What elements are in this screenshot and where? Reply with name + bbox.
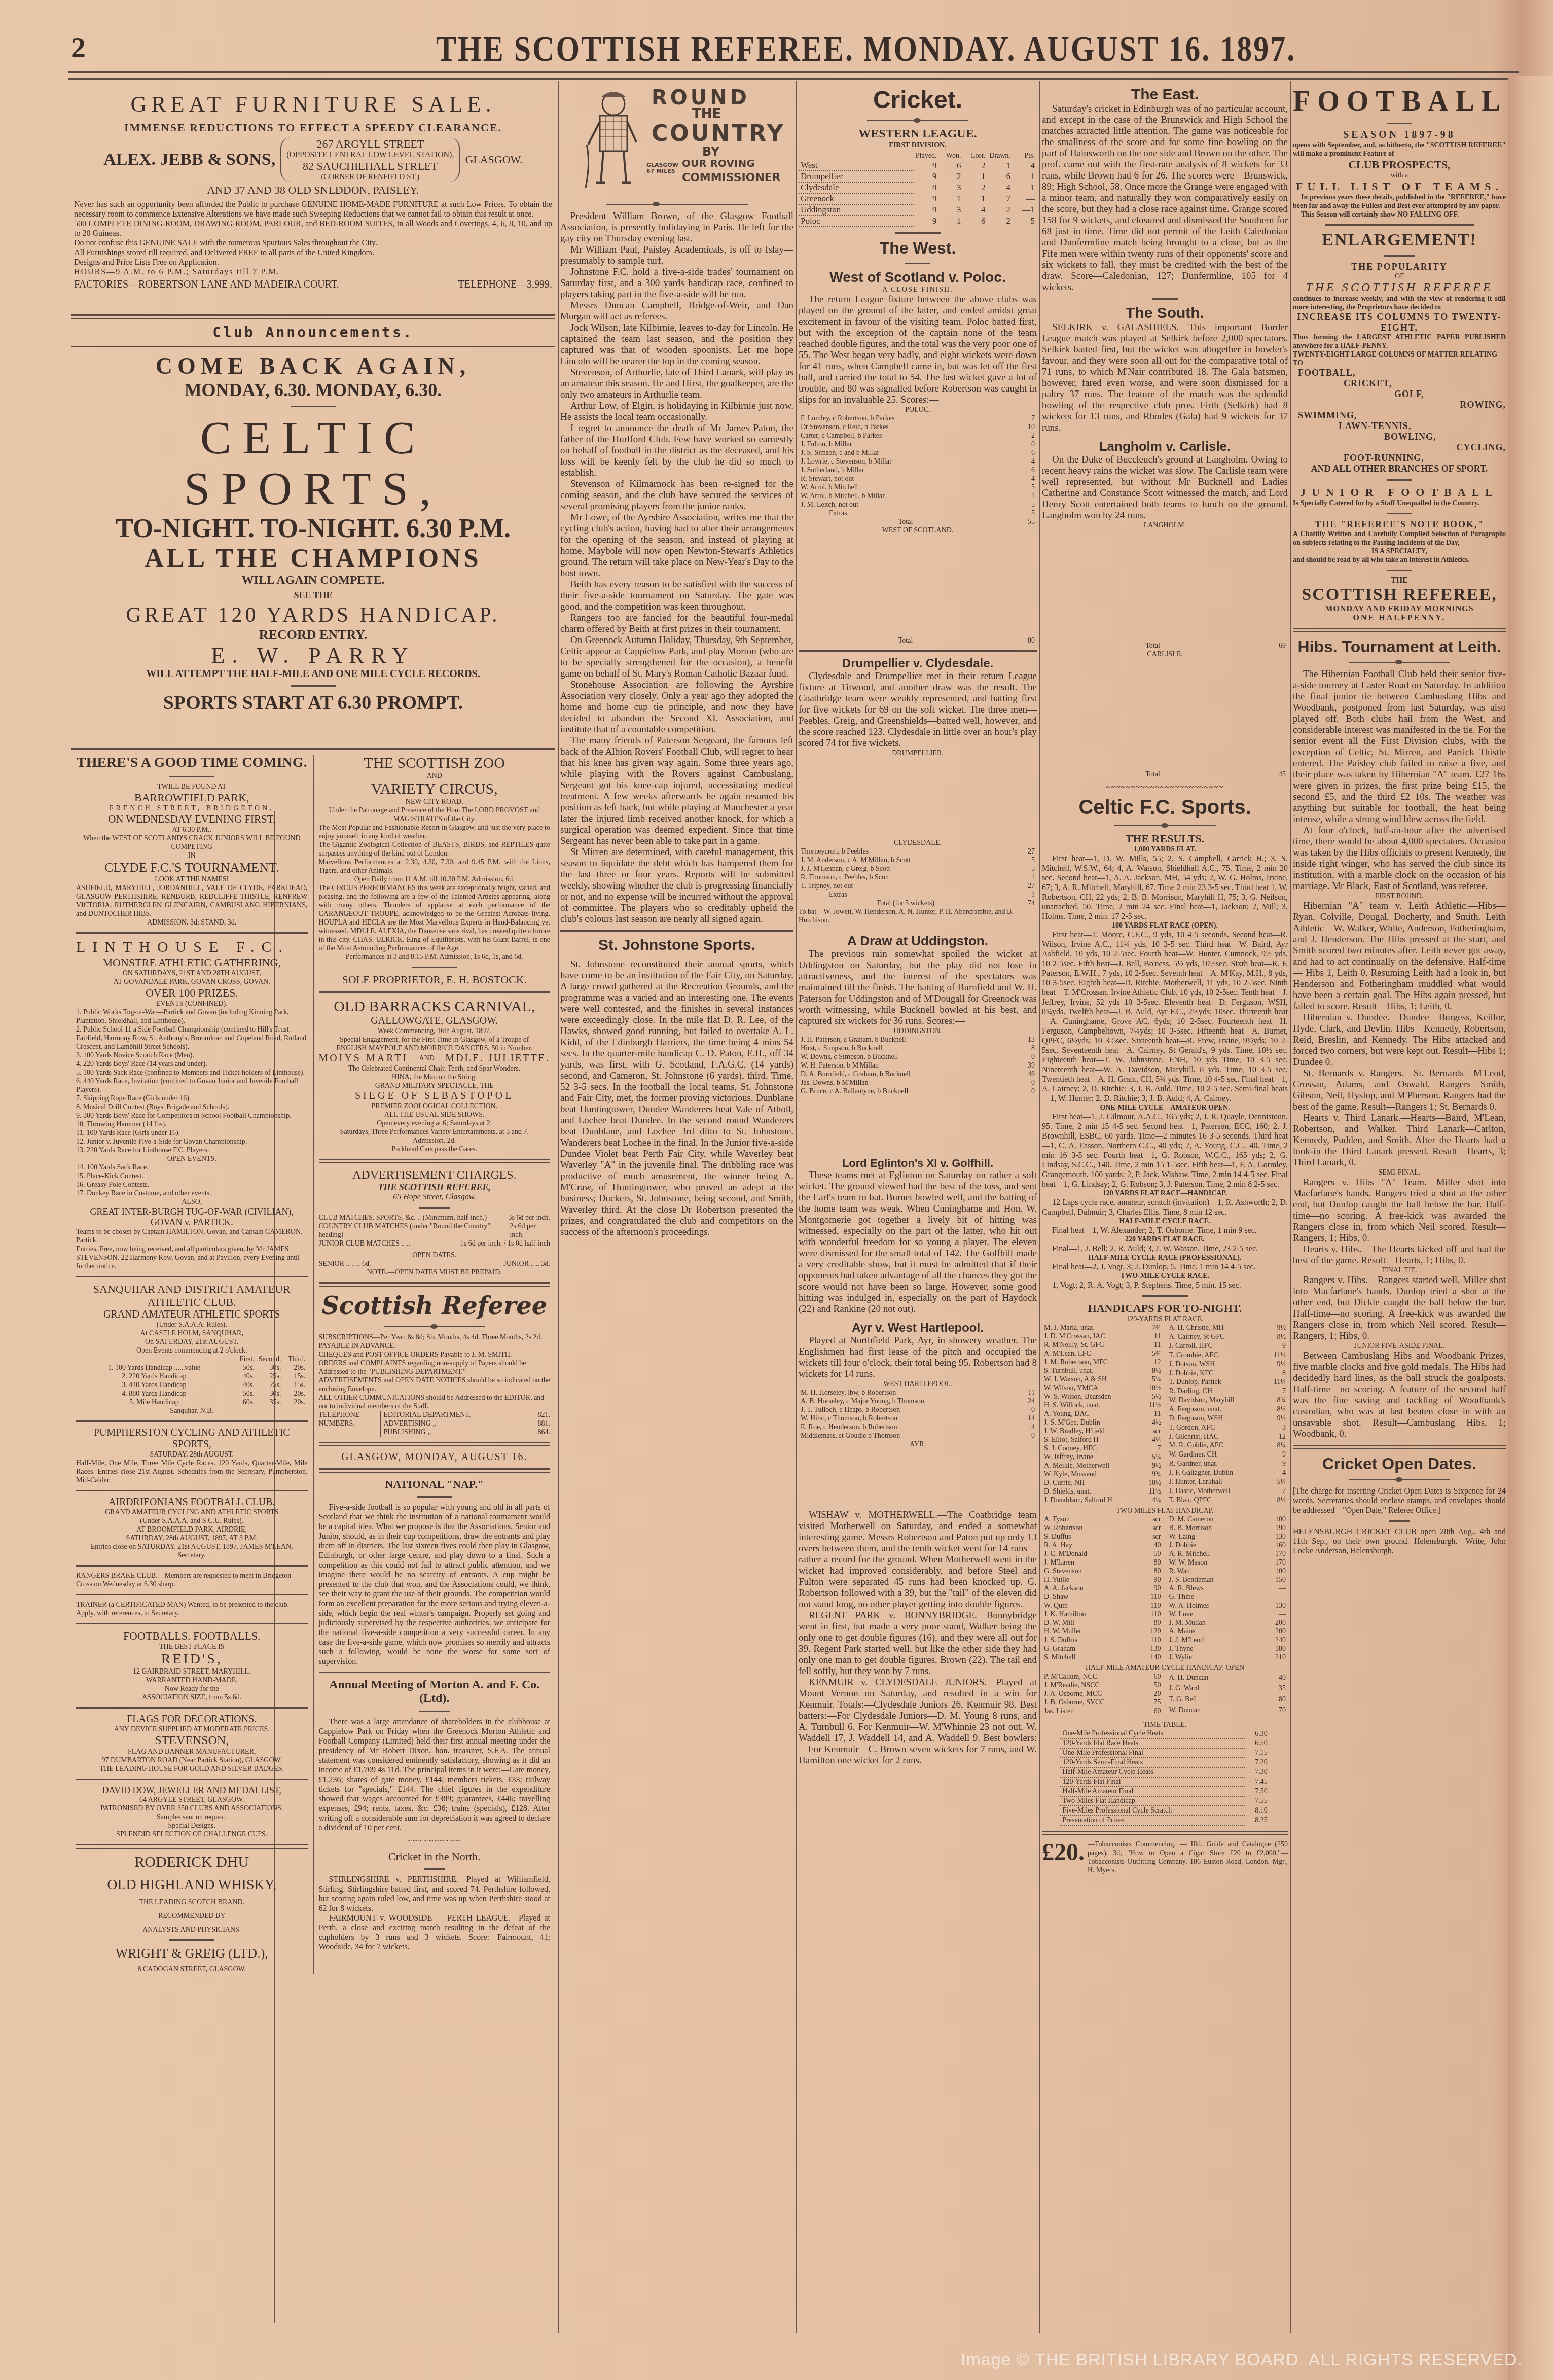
- batsman: Carter, c Campbell, b Parkes: [799, 432, 1013, 440]
- linthouse-prizes: OVER 100 PRIZES.: [76, 986, 308, 1000]
- runner: A. H. Christie, MH: [1167, 1324, 1264, 1333]
- ayr-headline: Ayr v. West Hartlepool.: [799, 1321, 1037, 1335]
- cell: —: [1013, 193, 1037, 204]
- event: Half-Mile Amateur Final: [1060, 1787, 1245, 1796]
- cricket-open-dates-headline: Cricket Open Dates.: [1293, 1454, 1506, 1473]
- cell: 1: [1013, 182, 1037, 193]
- runner: W. S. Wilson, Bearsden: [1042, 1393, 1139, 1401]
- header-cell: [799, 152, 914, 160]
- table-row: W. Duncan70: [1167, 1705, 1288, 1716]
- table-row: A. B. Horseley, c Major Young, b Thomson…: [799, 1397, 1037, 1406]
- ad-line: The Most Popular and Fashionable Resort …: [319, 824, 551, 841]
- batsman: D. A. Burnfield, c Graham, b Bucknell: [799, 1070, 1013, 1079]
- table-row: P. M'Callum, NCC60: [1042, 1673, 1163, 1681]
- runs: 2: [1013, 432, 1037, 440]
- header-cell: First.: [232, 1355, 257, 1364]
- runs: 1: [1013, 891, 1037, 899]
- to-bat: To bat—W. Jowett, W. Henderson, A. N. Hu…: [799, 908, 1037, 925]
- cell: 6: [987, 171, 1013, 182]
- table-row: R. Thomson, c Peebles, b Scott1: [799, 873, 1037, 882]
- table-row: F. Lumley, c Robertson, b Parkes7: [799, 414, 1037, 423]
- start: 7: [1263, 1486, 1288, 1496]
- old-barracks-headline: OLD BARRACKS CARNIVAL,: [319, 998, 551, 1015]
- team-name: West: [799, 160, 914, 171]
- ad-line: GRAND MILITARY SPECTACLE, THE: [319, 1082, 551, 1090]
- sport-item: CRICKET,: [1293, 378, 1506, 389]
- art-text: THE: [692, 106, 721, 122]
- ad-line: The CIRCUS PERFORMANCES this week are ex…: [319, 884, 551, 953]
- table-row: W. Arrol, b Mitchell5: [799, 483, 1037, 492]
- furniture-headline: GREAT FURNITURE SALE.: [74, 91, 552, 117]
- table-row: J. M'Laren80: [1042, 1558, 1163, 1567]
- runner: A. Young, DAC: [1042, 1410, 1139, 1418]
- batsman: G. Bruce, c A. Ballantyne, b Bucknell: [799, 1087, 1013, 1096]
- batsman: J. M. Leitch, not out: [799, 501, 1013, 509]
- ad-line: ADMISSION, 3d; STAND, 3d.: [76, 918, 308, 927]
- page-number: 2: [71, 30, 86, 64]
- promo-line: IS A SPECIALTY,: [1293, 547, 1506, 556]
- time: 7.45: [1245, 1777, 1270, 1787]
- table-row: A. Ferguson, unat.8½: [1167, 1405, 1288, 1414]
- runner: J. W. Bradley, H'field: [1042, 1427, 1139, 1436]
- event-item: 3. 100 Yards Novice Scratch Race (Men).: [76, 1051, 308, 1060]
- rate-label: COUNTRY CLUB MATCHES (under "Round the C…: [319, 1222, 510, 1239]
- article-paragraph: STIRLINGSHIRE v. PERTHSHIRE.—Played at W…: [319, 1875, 551, 1913]
- flags-ad: FLAGS FOR DECORATIONS. ANY DEVICE SUPPLI…: [76, 1714, 308, 1773]
- article-paragraph: Beith has every reason to be satisfied w…: [560, 579, 793, 613]
- runner: W. Jeffrey, Irvine: [1042, 1453, 1139, 1462]
- table-row: M. H. Horseley, lbw, b Robertson11: [799, 1389, 1037, 1397]
- celtic-sports-ad: COME BACK AGAIN, MONDAY, 6.30. MONDAY, 6…: [74, 352, 552, 743]
- start: 5¼: [1139, 1453, 1163, 1462]
- batsman: T. Tripney, not out: [799, 882, 1013, 891]
- table-row: J. Dobbie, KFC8: [1167, 1369, 1288, 1378]
- rider: A. H. Duncan: [1167, 1673, 1264, 1683]
- siege-sebastopol: SIEGE OF SEBASTOPOL: [319, 1090, 551, 1102]
- ad-line: At CASTLE HOLM, SANQUHAR,: [76, 1329, 308, 1338]
- address-line: 267 ARGYLL STREET: [286, 137, 454, 151]
- article-paragraph: The many friends of Paterson Sergeant, t…: [560, 735, 793, 847]
- runner: T. Blair, QPFC: [1167, 1496, 1264, 1505]
- ad-line: PATRONISED BY OVER 350 CLUBS AND ASSOCIA…: [76, 1804, 308, 1813]
- drumpellier-headline: Drumpellier v. Clydesdale.: [799, 657, 1037, 671]
- rider: J. A. Osborne, MCC: [1042, 1690, 1139, 1698]
- runner: R. Watt: [1167, 1567, 1264, 1576]
- article-paragraph: Hibernian v. Dundee.—Dundee—Burgess, Kei…: [1293, 1012, 1506, 1068]
- dateline: GLASGOW, MONDAY, AUGUST 16.: [319, 1451, 551, 1463]
- runner: W. Love: [1167, 1610, 1264, 1619]
- column-cricket: Cricket. WESTERN LEAGUE. FIRST DIVISION.…: [799, 81, 1037, 2334]
- ad-line: OPEN DATES.: [319, 1251, 551, 1260]
- address-line: 82 SAUCHIEHALL STREET: [286, 160, 454, 173]
- runner: S. Turnbull, unat.: [1042, 1367, 1139, 1375]
- scorecard-ayr-placeholder: [799, 1449, 1037, 1510]
- start: 190: [1263, 1524, 1288, 1533]
- publication-days: MONDAY AND FRIDAY MORNINGS: [1293, 605, 1506, 614]
- table-row: J. M. Robertson, MFC12: [1042, 1358, 1163, 1367]
- record-entry: RECORD ENTRY.: [74, 627, 552, 643]
- ad-line: The Gigantic Zoological Collection of BE…: [319, 841, 551, 858]
- table-row: W. Robertsonscr: [1042, 1524, 1163, 1533]
- article-paragraph: Rangers v. Hibs.—Rangers started well. M…: [1293, 1275, 1506, 1342]
- runs: 39: [1013, 1061, 1037, 1070]
- cell: 4: [987, 182, 1013, 193]
- runner: J. D. M'Crossan, IAC: [1042, 1332, 1139, 1341]
- stevenson: STEVENSON,: [76, 1734, 308, 1748]
- table-row: R. Stewart, not out4: [799, 475, 1037, 483]
- runner: H. Yuille: [1042, 1576, 1139, 1584]
- prize: 30s.: [257, 1364, 283, 1372]
- table-row: J. Dotson, WSH9½: [1167, 1360, 1288, 1369]
- scorecard-clydesdale: Thorneycroft, b Peebles27 J. M. Anderson…: [799, 847, 1037, 908]
- start: 140: [1139, 1653, 1163, 1662]
- cell: 1: [938, 193, 963, 204]
- start: 11: [1139, 1332, 1163, 1341]
- promo-line: with a: [1293, 171, 1506, 180]
- table-row: S. Mitchell140: [1042, 1653, 1163, 1662]
- event: Half-Mile Amateur Cycle Heats: [1060, 1767, 1245, 1777]
- table-row: A. Mains200: [1167, 1627, 1288, 1636]
- runner: W. Davidson, Maryhill: [1167, 1396, 1264, 1405]
- ad-line: Performances at 3 and 8.15 P.M. Admissio…: [319, 953, 551, 962]
- cricket-open-dates: Cricket Open Dates. [The charge for inse…: [1293, 1454, 1506, 1556]
- start: 7: [1139, 1444, 1163, 1453]
- table-row: W. A. Holmes130: [1167, 1602, 1288, 1610]
- increase-columns: INCREASE ITS COLUMNS TO TWENTY-EIGHT,: [1293, 312, 1506, 333]
- furniture-body: Do not confuse this GENUINE SALE with th…: [74, 238, 552, 248]
- total-row: Total55: [799, 518, 1037, 526]
- start: 110: [1139, 1593, 1163, 1602]
- ad-line: PREMIER ZOOLOGICAL COLLECTION.: [319, 1102, 551, 1111]
- ad-charges-headline: ADVERTISEMENT CHARGES.: [319, 1168, 551, 1182]
- zoo-proprietor: SOLE PROPRIETOR, E. H. BOSTOCK.: [319, 973, 551, 986]
- table-row: H. S. Willock, unat.11½: [1042, 1401, 1163, 1410]
- footballs-headline: FOOTBALLS. FOOTBALLS.: [76, 1629, 308, 1643]
- column-results: The East. Saturday's cricket in Edinburg…: [1042, 81, 1288, 2334]
- table-row: W. H. Paterson, b M'Millan39: [799, 1061, 1037, 1070]
- batsman: Thorneycroft, b Peebles: [799, 847, 1013, 856]
- ad-line: Week Commencing, 16th August, 1897.: [319, 1027, 551, 1036]
- runner: A. M'Lean, LFC: [1042, 1349, 1139, 1358]
- promo-line: opens with September, and, as hitherto, …: [1293, 141, 1506, 158]
- cell: 2: [963, 160, 987, 171]
- ad-line: Entries close on SATURDAY, 21st AUGUST, …: [76, 1543, 308, 1560]
- event-results: Final heat—2, J. Vogt, 3; J. Dunlop, 5. …: [1042, 1262, 1288, 1272]
- furniture-body: 500 COMPLETE DINING-ROOM, DRAWING-ROOM, …: [74, 219, 552, 238]
- sport-item: CYCLING,: [1293, 442, 1506, 453]
- runner: D. Ferguson, WSH: [1167, 1414, 1264, 1423]
- start: 11½: [1263, 1351, 1288, 1360]
- runner: J. S. M'Gee, Dublin: [1042, 1418, 1139, 1427]
- start: 5½: [1139, 1393, 1163, 1401]
- runs: 27: [1013, 847, 1037, 856]
- runs: 11: [1013, 1389, 1037, 1397]
- table-row: Hirst, c Simpson, b Bucknell8: [799, 1044, 1037, 1053]
- promo-line: This Season will certainly show NO FALLI…: [1293, 210, 1506, 219]
- start: 3: [1263, 1423, 1288, 1432]
- start: 70: [1263, 1705, 1288, 1716]
- start: 4½: [1139, 1418, 1163, 1427]
- masthead-title: THE SCOTTISH REFEREE. MONDAY. AUGUST 16.…: [436, 28, 1296, 70]
- ad-line: Sanquhar, N.B.: [76, 1407, 308, 1415]
- small-ads-right: THE SCOTTISH ZOO AND VARIETY CIRCUS, NEW…: [313, 755, 556, 1974]
- start: 9: [1263, 1342, 1288, 1351]
- rate-price: 3s 6d per inch.: [509, 1214, 550, 1222]
- david-dow-headline: DAVID DOW, JEWELLER AND MEDALLIST,: [76, 1785, 308, 1796]
- table-row: T. Tripney, not out27: [799, 882, 1037, 891]
- article-paragraph: Arthur Low, of Elgin, is holidaying in K…: [560, 401, 793, 423]
- promo-line: continues to increase weekly, and with t…: [1293, 295, 1506, 312]
- table-row: W. Hirst, c Thomson, b Robertson14: [799, 1414, 1037, 1423]
- notice-line: ADVERTISEMENTS and OPEN DATE NOTICES sho…: [319, 1376, 551, 1394]
- batsman: J. Sutherland, b Millar: [799, 466, 1013, 475]
- cell: 1: [987, 160, 1013, 171]
- event-item: 7. Skipping Rope Race (Girls under 16).: [76, 1094, 308, 1103]
- runner: A. A. Jackson: [1042, 1584, 1139, 1593]
- furniture-factories: FACTORIES—ROBERTSON LANE AND MADEIRA COU…: [74, 279, 339, 291]
- runner: R. Gardner, unat.: [1167, 1460, 1264, 1469]
- time-table-heading: TIME TABLE.: [1042, 1721, 1288, 1729]
- sports-start: SPORTS START AT 6.30 PROMPT.: [74, 692, 552, 714]
- start: 7: [1263, 1387, 1288, 1396]
- rider: P. M'Callum, NCC: [1042, 1673, 1139, 1681]
- start: 11½: [1139, 1487, 1163, 1496]
- start: 10½: [1139, 1384, 1163, 1393]
- cell: 7: [987, 193, 1013, 204]
- ad-line: SPLENDID SELECTION OF CHALLENGE CUPS.: [76, 1830, 308, 1839]
- article-paragraph: Rangers v. Hibs "A" Team.—Miller shot in…: [1293, 1177, 1506, 1244]
- start: 4¼: [1139, 1496, 1163, 1505]
- ad-line: AND: [419, 1054, 435, 1063]
- start: 8½: [1263, 1405, 1288, 1414]
- runs: 5: [1013, 865, 1037, 873]
- table-row: J. D. M'Crossan, IAC11: [1042, 1332, 1163, 1341]
- runs: 13: [1013, 1036, 1037, 1044]
- start: 50: [1139, 1550, 1163, 1558]
- sanquhar-prize-table: First.Second.Third. 1. 100 Yards Handica…: [76, 1355, 308, 1407]
- promo-line: TWENTY-EIGHT LARGE COLUMNS OF MATTER REL…: [1293, 350, 1506, 368]
- table-row: Greenock9117—: [799, 193, 1037, 204]
- runner: M. R. Goblie, AFC: [1167, 1441, 1264, 1450]
- runner: T. Gordon, AFC: [1167, 1423, 1264, 1432]
- article-paragraph: Hearts v. Third Lanark.—Hearts—Baird, M'…: [1293, 1113, 1506, 1168]
- article-paragraph: Johnstone F.C. hold a five-a-side trades…: [560, 267, 793, 300]
- start: 60: [1139, 1707, 1163, 1716]
- article-paragraph: The Hibernian Football Club held their s…: [1293, 669, 1506, 825]
- article-paragraph: At four o'clock, half-an-hour after the …: [1293, 825, 1506, 892]
- start: 4: [1263, 1469, 1288, 1478]
- promo-line: THE POPULARITY: [1293, 262, 1506, 272]
- start: 80: [1139, 1619, 1163, 1627]
- runner: J. Thyne: [1167, 1645, 1264, 1653]
- runner: S. Mitchell: [1042, 1653, 1139, 1662]
- table-row: J. G. Ward35: [1167, 1683, 1288, 1694]
- batsman: Hirst, c Simpson, b Bucknell: [799, 1044, 1013, 1053]
- runner: R. A. Hay: [1042, 1541, 1139, 1550]
- total-row: Total69: [1042, 642, 1288, 650]
- cell: 1: [963, 171, 987, 182]
- start: 5¼: [1263, 1477, 1288, 1486]
- cricket-north-article: Cricket in the North. STIRLINGSHIRE v. P…: [319, 1850, 551, 1952]
- sport-item: BOWLING,: [1293, 432, 1506, 442]
- table-row: G. Bruce, c A. Ballantyne, b Bucknell0: [799, 1087, 1037, 1096]
- team-name: Greenock: [799, 193, 914, 204]
- rate-price: 2s 6d per inch.: [510, 1222, 550, 1239]
- column-advertisements: GREAT FURNITURE SALE. IMMENSE REDUCTIONS…: [71, 81, 555, 2334]
- total-label: Total: [799, 518, 1013, 526]
- table-row: D. W. Mill80: [1042, 1619, 1163, 1627]
- batsman: W. H. Paterson, b M'Millan: [799, 1061, 1013, 1070]
- start: 50: [1139, 1681, 1163, 1690]
- runner: D. Shields, unat.: [1042, 1487, 1139, 1496]
- article-paragraph: On the Duke of Buccleuch's ground at Lan…: [1042, 454, 1288, 521]
- table-row: J. C. M'Donald50: [1042, 1550, 1163, 1558]
- furniture-city: GLASGOW.: [465, 153, 522, 166]
- runner: A. Mains: [1167, 1627, 1264, 1636]
- event-item: 11. 100 Yards Race (Girls under 16).: [76, 1129, 308, 1138]
- article-paragraph: Stonehouse Association are following the…: [560, 680, 793, 735]
- start: 90: [1139, 1584, 1163, 1593]
- ad-line: Open Daily from 11 A.M. till 10.30 P.M. …: [319, 875, 551, 884]
- runner: W. W. Mason: [1167, 1558, 1264, 1567]
- event-title: HALF-MILE CYCLE RACE (PROFESSIONAL).: [1042, 1254, 1288, 1262]
- cell: 1: [963, 193, 987, 204]
- start: 8½: [1139, 1367, 1163, 1375]
- runner: B. B. Morrison: [1167, 1524, 1264, 1533]
- event-results: First heat—T. Moore, C.F.C., 9 yds, 10 4…: [1042, 930, 1288, 1104]
- runner: J. K. Hamilton: [1042, 1610, 1139, 1619]
- runner: S. Duffus: [1042, 1533, 1139, 1541]
- rangers-brake-notice: RANGERS BRAKE CLUB.—Members are requeste…: [76, 1572, 308, 1589]
- come-back-again: COME BACK AGAIN,: [74, 352, 552, 379]
- table-row: D. Shaw110: [1042, 1593, 1163, 1602]
- club-prospects: CLUB PROSPECTS,: [1293, 158, 1506, 171]
- start: 150: [1263, 1576, 1288, 1584]
- table-row: G. Thine—: [1167, 1593, 1288, 1602]
- table-row: 120-Yards Semi-Final Heats7.20: [1060, 1758, 1269, 1767]
- event-item: 16. Greasy Pole Contests.: [76, 1181, 308, 1189]
- rate-label: JUNIOR .. .. 3d.: [503, 1260, 550, 1268]
- great-handicap: GREAT 120 YARDS HANDICAP.: [74, 603, 552, 627]
- article-paragraph: Messrs Duncan Campbell, Bridge-of-Weir, …: [560, 300, 793, 323]
- prize: 30s.: [257, 1390, 283, 1398]
- table-row: A. H. Duncan40: [1167, 1673, 1288, 1683]
- table-row: A. R. Blews—: [1167, 1584, 1288, 1593]
- start: 110: [1139, 1602, 1163, 1610]
- team-heading: CARLISLE.: [1042, 650, 1288, 659]
- ad-line: ALSO,: [76, 1198, 308, 1206]
- start: 9¾: [1139, 1470, 1163, 1479]
- team-heading: LANGHOLM.: [1042, 521, 1288, 530]
- scorecard-west-hartlepool: M. H. Horseley, lbw, b Robertson11 A. B.…: [799, 1389, 1037, 1440]
- old-barracks-ad: OLD BARRACKS CARNIVAL, GALLOWGATE, GLASG…: [319, 998, 551, 1154]
- start: 10½: [1139, 1479, 1163, 1487]
- runner: J. Gilchrist, HAC: [1167, 1432, 1264, 1441]
- table-row: Five-Miles Professional Cycle Scratch8.1…: [1060, 1806, 1269, 1816]
- handicap-two-miles: A. Tysonscr W. Robertsonscr S. Duffusscr…: [1042, 1515, 1288, 1662]
- runs: 0: [1013, 440, 1037, 449]
- batsman: F. Lumley, c Robertson, b Parkes: [799, 414, 1013, 423]
- start: 8¼: [1263, 1441, 1288, 1450]
- cricket-headline: Cricket.: [799, 86, 1037, 114]
- subheading: JUNIOR FIVE-ASIDE FINAL.: [1293, 1342, 1506, 1351]
- tobacconists-price: £20.: [1042, 1840, 1085, 1875]
- table-row: J. M'Readie, NSCC50: [1042, 1681, 1163, 1690]
- time: 7.20: [1245, 1758, 1270, 1767]
- rate-label: CLUB MATCHES, SPORTS, &c. .. (Minimum, h…: [319, 1214, 487, 1222]
- prize: 15s.: [283, 1381, 308, 1390]
- table-row: A. Cairney, St GFC8½: [1167, 1333, 1288, 1342]
- promo-line: Thus forming the LARGEST ATHLETIC PAPER …: [1293, 333, 1506, 350]
- header-cell: Pts.: [1013, 152, 1037, 160]
- ew-parry: E. W. PARRY: [74, 643, 552, 668]
- table-row: W. J. Watson, A & SH5¼: [1042, 1375, 1163, 1384]
- batsman: W. Downs, c Simpson, b Bucknell: [799, 1053, 1013, 1061]
- time: 7.15: [1245, 1748, 1270, 1758]
- ad-line: On SATURDAY, 21st AUGUST.: [76, 1338, 308, 1346]
- event-title: ONE-MILE CYCLE—AMATEUR OPEN.: [1042, 1104, 1288, 1112]
- start: scr: [1139, 1524, 1163, 1533]
- total-row: Total80: [799, 636, 1037, 645]
- promo-line: AND ALL OTHER BRANCHES OF SPORT.: [1293, 464, 1506, 474]
- ad-line: OPEN EVENTS.: [76, 1155, 308, 1163]
- rider: W. Duncan: [1167, 1705, 1264, 1716]
- team-name: Uddingston: [799, 204, 914, 216]
- article-paragraph: Saturday's cricket in Edinburgh was of n…: [1042, 103, 1288, 293]
- table-row: R. M'Neilly, St. GFC11: [1042, 1341, 1163, 1349]
- telephone-label: TELEPHONE NUMBERS.: [319, 1411, 375, 1437]
- cell: 1: [1013, 171, 1037, 182]
- table-row: S. Turnbull, unat.8½: [1042, 1367, 1163, 1375]
- article-paragraph: WISHAW v. MOTHERWELL.—The Coatbridge tea…: [799, 1510, 1037, 1610]
- ad-line: IN: [76, 851, 308, 860]
- ad-line: GALLOWGATE, GLASGOW.: [319, 1015, 551, 1027]
- rate-label: SENIOR .. .. .. 6d.: [319, 1260, 371, 1268]
- batsman: J. Lowrie, c Stevenson, b Millar: [799, 457, 1013, 466]
- table-row: W. W. Mason170: [1167, 1558, 1288, 1567]
- ad-line: SATURDAY, 28th AUGUST, 1897, AT 3 P.M.: [76, 1534, 308, 1543]
- ad-line: Special Engagement, for the First Time i…: [319, 1036, 551, 1044]
- ad-line: Special Designs.: [76, 1822, 308, 1830]
- promo-line: A Chattily Written and Carefully Compile…: [1293, 530, 1506, 547]
- table-row: T. Crombie, AFC11½: [1167, 1351, 1288, 1360]
- st-johnstone-headline: St. Johnstone Sports.: [560, 937, 793, 954]
- notice-line: SUBSCRIPTIONS—Per Year, 8s 8d; Six Month…: [319, 1333, 551, 1351]
- junior-football: JUNIOR FOOTBALL: [1293, 486, 1506, 499]
- start: 200: [1263, 1627, 1288, 1636]
- column-round-the-country: ROUND THE COUNTRY BY OUR ROVING COMMISSI…: [560, 81, 793, 2334]
- event-title: 120 YARDS FLAT RACE—HANDICAP.: [1042, 1189, 1288, 1198]
- table-row: J. Hastie, Motherwell7: [1167, 1486, 1288, 1496]
- table-row: H. W. Muller120: [1042, 1627, 1163, 1636]
- table-row: Extras5: [799, 509, 1037, 518]
- round-the-country-illustration: ROUND THE COUNTRY BY OUR ROVING COMMISSI…: [581, 86, 773, 198]
- masthead: 2 THE SCOTTISH REFEREE. MONDAY. AUGUST 1…: [71, 28, 1516, 76]
- event-item: 2. Public School 11 a Side Football Cham…: [76, 1025, 308, 1051]
- team-heading: CLYDESDALE.: [799, 839, 1037, 847]
- batsman: J. H. Paterson, c Graham, b Bucknell: [799, 1036, 1013, 1044]
- runner: A. R. Mitchell: [1167, 1550, 1264, 1558]
- telephone-dept: EDITORIAL DEPARTMENT,: [384, 1411, 471, 1419]
- league-table: Played. Won. Lost. Drawn. Pts. West96214…: [799, 152, 1037, 227]
- table-row: W. S. Wilson, Bearsden5½: [1042, 1393, 1163, 1401]
- prize: 40s.: [232, 1381, 257, 1390]
- ad-line: Parkhead Cars pass the Gates.: [319, 1145, 551, 1154]
- cell: —1: [1013, 204, 1037, 216]
- table-row: J. B. Osborne, SVCC75: [1042, 1698, 1163, 1707]
- runs: 1: [1013, 492, 1037, 501]
- table-row: S. Duffusscr: [1042, 1533, 1163, 1541]
